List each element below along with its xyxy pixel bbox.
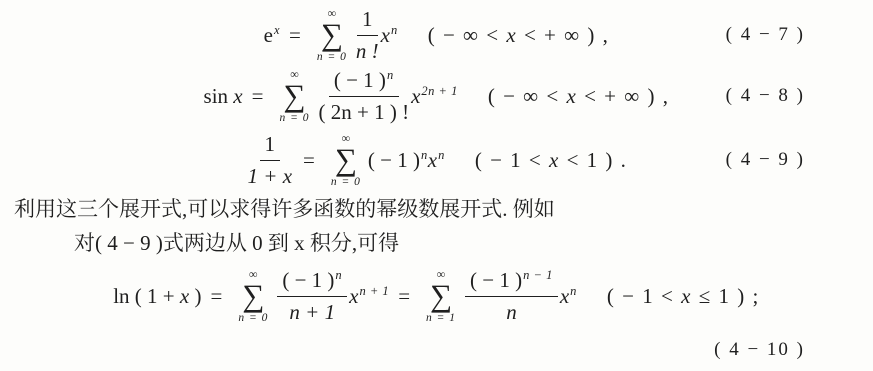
numerator-exponent: n bbox=[335, 268, 342, 282]
equation-number: ( 4 − 9 ) bbox=[726, 149, 805, 171]
sigma-icon: ∑ bbox=[283, 81, 305, 110]
textbook-page: ex = ∞ ∑ n = 0 1 n ! xn ( − ∞ < x < + ∞ … bbox=[0, 0, 873, 371]
sigma-icon: ∑ bbox=[242, 281, 264, 310]
term-base: x bbox=[560, 284, 569, 308]
term-base: x bbox=[411, 84, 420, 108]
power-term: x2n + 1 bbox=[411, 84, 458, 109]
power-term: xn bbox=[428, 148, 445, 173]
summation-2: ∞ ∑ n = 1 bbox=[426, 268, 456, 325]
term-exponent: 2n + 1 bbox=[421, 84, 457, 98]
fraction-numerator: 1 bbox=[357, 7, 378, 35]
fraction-1: ( − 1 )n n + 1 bbox=[277, 268, 347, 323]
numerator-exponent: n − 1 bbox=[523, 268, 553, 282]
domain-pre: ( − ∞ < bbox=[488, 84, 567, 108]
equals-sign: = bbox=[289, 23, 301, 48]
domain-var: x bbox=[681, 284, 692, 308]
fraction-numerator: ( − 1 )n bbox=[329, 68, 399, 96]
summation-1: ∞ ∑ n = 0 bbox=[238, 268, 268, 325]
term-base: x bbox=[428, 148, 437, 172]
equation-4-9: 1 1 + x = ∞ ∑ n = 0 ( − 1 )n xn ( − 1 < … bbox=[0, 128, 873, 192]
equation-4-10: ln ( 1 + x ) = ∞ ∑ n = 0 ( − 1 )n n + 1 … bbox=[0, 260, 873, 332]
ln-pre: ln ( 1 + bbox=[113, 284, 180, 308]
paragraph-intro: 利用这三个展开式,可以求得许多函数的幂级数展开式. 例如 bbox=[0, 192, 873, 226]
fraction: ( − 1 )n ( 2n + 1 ) ! bbox=[318, 68, 409, 123]
sigma-icon: ∑ bbox=[430, 281, 452, 310]
power-term: xn bbox=[381, 23, 398, 48]
domain-var: x bbox=[549, 148, 560, 172]
sum-lower-limit: n = 1 bbox=[426, 313, 456, 325]
fraction-numerator: 1 bbox=[260, 132, 281, 160]
equals-sign: = bbox=[252, 84, 264, 109]
numerator-base: ( − 1 ) bbox=[470, 268, 522, 292]
exp-exponent: x bbox=[274, 23, 280, 37]
exp-base: e bbox=[264, 23, 273, 47]
equation-4-7: ex = ∞ ∑ n = 0 1 n ! xn ( − ∞ < x < + ∞ … bbox=[0, 6, 873, 64]
equation-number: ( 4 − 8 ) bbox=[726, 85, 805, 107]
sigma-icon: ∑ bbox=[335, 145, 357, 174]
equation-number-4-10: ( 4 − 10 ) bbox=[0, 332, 873, 368]
term-exponent: n bbox=[570, 284, 577, 298]
fraction-denominator: n ! bbox=[356, 36, 379, 63]
power-term-1: xn + 1 bbox=[349, 284, 389, 309]
domain-var: x bbox=[506, 23, 517, 47]
fraction-denominator: 1 + x bbox=[248, 161, 293, 188]
summation: ∞ ∑ n = 0 bbox=[331, 132, 361, 189]
fraction-2: ( − 1 )n − 1 n bbox=[465, 268, 558, 323]
lhs-fraction: 1 1 + x bbox=[248, 132, 293, 187]
equation-number: ( 4 − 7 ) bbox=[726, 24, 805, 46]
sum-lower-limit: n = 0 bbox=[238, 313, 268, 325]
term-exponent: n bbox=[391, 23, 398, 37]
ln-lhs: ln ( 1 + x ) bbox=[113, 284, 201, 309]
domain-pre: ( − 1 < bbox=[607, 284, 681, 308]
paragraph-integrate: 对( 4 − 9 )式两边从 0 到 x 积分,可得 bbox=[0, 226, 873, 260]
ln-argument: x bbox=[180, 284, 189, 308]
convergence-domain: ( − 1 < x ≤ 1 ) ; bbox=[607, 284, 760, 309]
domain-post: ≤ 1 ) ; bbox=[692, 284, 760, 308]
term-base: x bbox=[381, 23, 390, 47]
equals-sign: = bbox=[210, 284, 222, 309]
sum-lower-limit: n = 0 bbox=[317, 52, 347, 64]
sum-lower-limit: n = 0 bbox=[331, 177, 361, 189]
fraction-denominator: ( 2n + 1 ) ! bbox=[318, 97, 409, 124]
domain-post: < + ∞ ) , bbox=[577, 84, 669, 108]
equals-sign-2: = bbox=[398, 284, 410, 309]
sign-term: ( − 1 )n bbox=[368, 148, 428, 173]
convergence-domain: ( − ∞ < x < + ∞ ) , bbox=[428, 23, 610, 48]
convergence-domain: ( − ∞ < x < + ∞ ) , bbox=[488, 84, 670, 109]
term-base: ( − 1 ) bbox=[368, 148, 420, 172]
domain-post: < 1 ) . bbox=[560, 148, 628, 172]
domain-pre: ( − ∞ < bbox=[428, 23, 507, 47]
power-term-2: xn bbox=[560, 284, 577, 309]
sum-lower-limit: n = 0 bbox=[279, 113, 309, 125]
ln-post: ) bbox=[189, 284, 201, 308]
sigma-icon: ∑ bbox=[321, 20, 343, 49]
term-exponent: n bbox=[421, 148, 428, 162]
domain-pre: ( − 1 < bbox=[475, 148, 549, 172]
term-exponent: n + 1 bbox=[360, 284, 390, 298]
fraction-numerator: ( − 1 )n bbox=[277, 268, 347, 296]
term-base: x bbox=[349, 284, 358, 308]
fraction-numerator: ( − 1 )n − 1 bbox=[465, 268, 558, 296]
numerator-exponent: n bbox=[387, 68, 394, 82]
summation: ∞ ∑ n = 0 bbox=[317, 7, 347, 64]
numerator-base: ( − 1 ) bbox=[334, 68, 386, 92]
domain-post: < + ∞ ) , bbox=[517, 23, 609, 47]
equals-sign: = bbox=[303, 148, 315, 173]
fraction-denominator: n + 1 bbox=[289, 297, 335, 324]
fraction-denominator: n bbox=[506, 297, 517, 324]
convergence-domain: ( − 1 < x < 1 ) . bbox=[475, 148, 628, 173]
summation: ∞ ∑ n = 0 bbox=[279, 68, 309, 125]
fraction: 1 n ! bbox=[356, 7, 379, 62]
sin-function: sin bbox=[204, 84, 229, 108]
numerator-base: ( − 1 ) bbox=[282, 268, 334, 292]
sin-lhs: sin x bbox=[204, 84, 243, 109]
equation-4-8: sin x = ∞ ∑ n = 0 ( − 1 )n ( 2n + 1 ) ! … bbox=[0, 64, 873, 128]
domain-var: x bbox=[566, 84, 577, 108]
term-exponent: n bbox=[438, 148, 445, 162]
sin-argument: x bbox=[233, 84, 242, 108]
exp-lhs: ex bbox=[264, 23, 280, 48]
